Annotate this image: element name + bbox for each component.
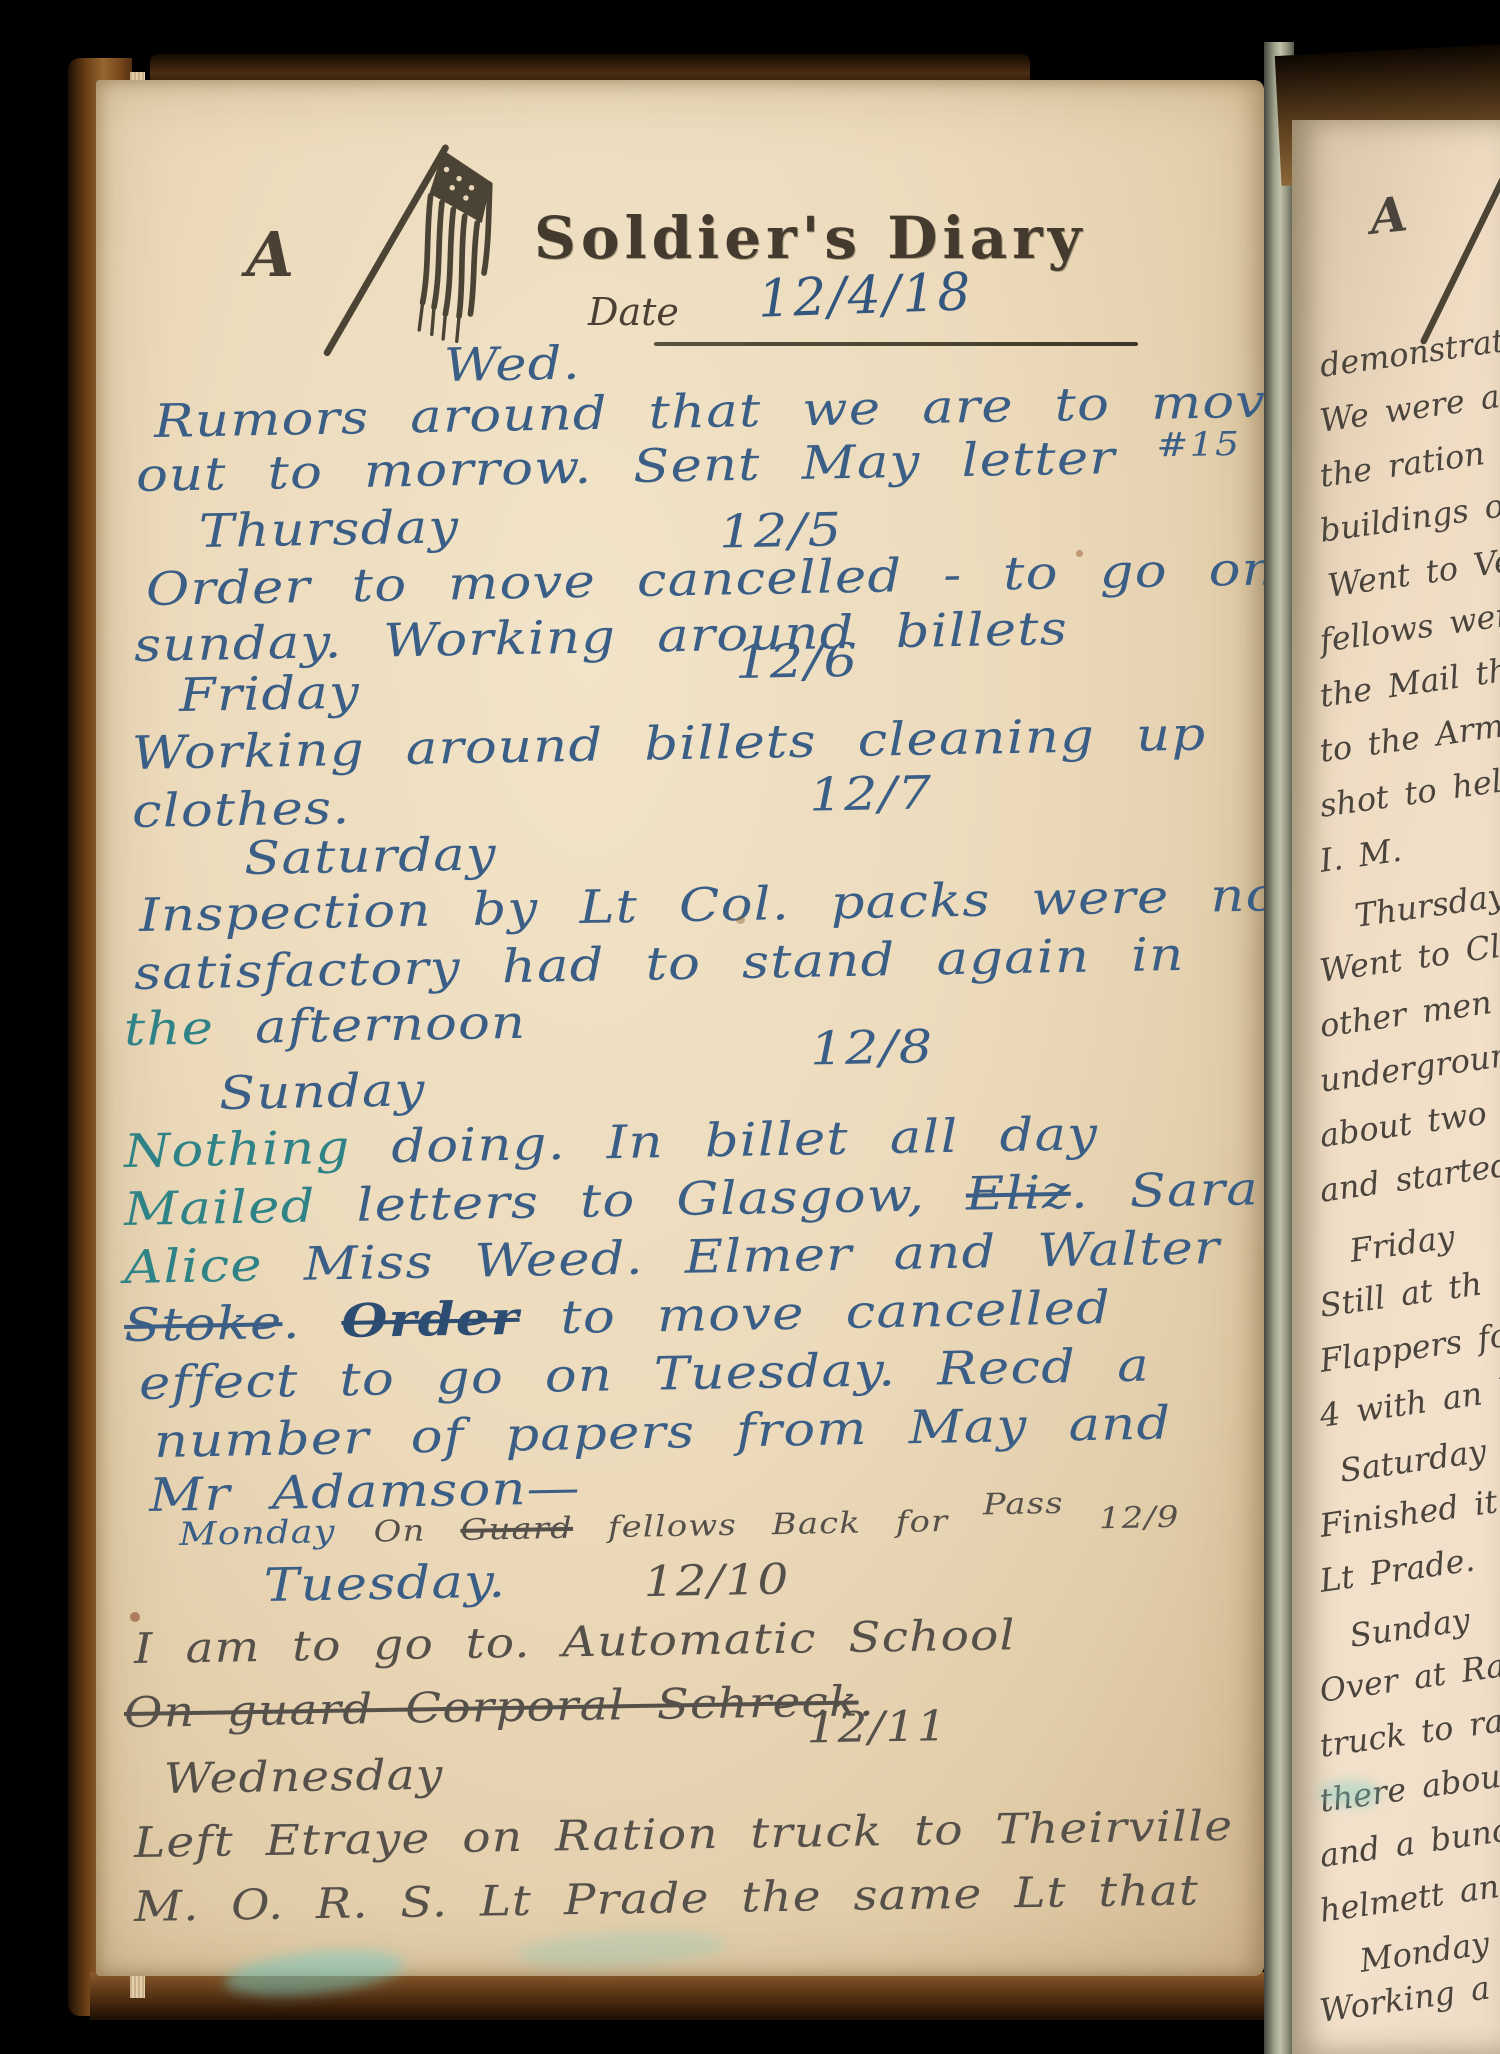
diary-line: fellows went bbox=[1318, 596, 1500, 657]
diary-line: and started bbox=[1318, 1148, 1500, 1206]
diary-line: number of papers from May and bbox=[153, 1399, 1171, 1464]
diary-line: about two bbox=[1318, 1097, 1489, 1152]
diary-line: buildings of a bbox=[1318, 483, 1500, 547]
photo-background: { "header": { "prefix": "A", "title": "S… bbox=[0, 0, 1500, 2054]
diary-line: I. M. bbox=[1318, 834, 1404, 877]
diary-line: clothes.12/7 bbox=[131, 784, 350, 834]
diary-line: Mr Adamson— bbox=[148, 1464, 581, 1518]
diary-line: Friday bbox=[1348, 1220, 1457, 1266]
diary-line: Over at Rat bbox=[1318, 1647, 1500, 1706]
page-gutter bbox=[1264, 42, 1294, 2054]
diary-line: Went to Ver bbox=[1326, 542, 1500, 602]
diary-line: Monday bbox=[1358, 1927, 1491, 1977]
diary-line: the ration bbox=[1318, 437, 1487, 492]
diary-line: Working a bbox=[1318, 1971, 1492, 2027]
diary-line: Stoke. Order to move cancelled bbox=[123, 1284, 1111, 1348]
diary-line: Saturday bbox=[1338, 1435, 1488, 1487]
diary-line: satisfactory had to stand again in bbox=[133, 931, 1184, 996]
diary-line: the afternoon12/8 bbox=[123, 999, 526, 1052]
diary-line: 4 with an l bbox=[1318, 1374, 1500, 1432]
diary-line: underground bbox=[1318, 1036, 1500, 1097]
diary-line: Thursday12/5 bbox=[198, 503, 459, 554]
diary-line: Working around billets cleaning up bbox=[131, 710, 1206, 776]
diary-line: Friday bbox=[178, 669, 360, 718]
paper-stain bbox=[130, 1612, 140, 1622]
diary-line: Left Etraye on Ration truck to Theirvill… bbox=[134, 1805, 1234, 1864]
diary-line: demonstrated bbox=[1318, 319, 1500, 382]
right-page: A demonstratedWe were athe rationbuildin… bbox=[1292, 120, 1500, 2054]
diary-line: sunday. Working around billets12/6 bbox=[133, 605, 1068, 668]
diary-line: other men e bbox=[1318, 981, 1500, 1042]
diary-entries: Wed.Rumors around that we are to moveout… bbox=[124, 80, 1264, 1976]
diary-line: Flappers for bbox=[1318, 1317, 1500, 1377]
diary-line: We were a bbox=[1318, 380, 1500, 437]
diary-line: On guard Corporal Schreck.12/11 bbox=[124, 1680, 875, 1734]
diary-line: shot to hell bbox=[1318, 763, 1500, 822]
diary-line: Sunday bbox=[218, 1066, 426, 1116]
diary-line: Thursday bbox=[1353, 879, 1500, 932]
diary-line: and a bunch bbox=[1318, 1811, 1500, 1872]
diary-line: I am to go to. Automatic School bbox=[134, 1614, 1016, 1670]
diary-line: Saturday bbox=[243, 830, 497, 881]
left-page: A Soldier's bbox=[96, 80, 1264, 1976]
diary-line: Wednesday bbox=[164, 1754, 444, 1800]
diary-line: the Mail th bbox=[1318, 654, 1500, 712]
diary-line: truck to ra bbox=[1318, 1704, 1500, 1761]
paper-stain bbox=[736, 916, 745, 924]
diary-line: Sunday bbox=[1348, 1603, 1472, 1651]
diary-line: Lt Prade. bbox=[1318, 1543, 1477, 1596]
diary-line: Nothing doing. In billet all day bbox=[123, 1110, 1098, 1174]
diary-line: Still at th bbox=[1318, 1267, 1484, 1321]
diary-line: helmett and bbox=[1318, 1867, 1500, 1927]
diary-entries-right: demonstratedWe were athe rationbuildings… bbox=[1320, 120, 1500, 2054]
diary-book: A Soldier's bbox=[0, 0, 1500, 2054]
diary-line: Went to Cle bbox=[1318, 927, 1500, 987]
diary-line: Finished it bbox=[1318, 1485, 1500, 1542]
paper-stain bbox=[1076, 550, 1083, 557]
ink-smudge bbox=[1318, 1780, 1382, 1808]
diary-line: Wed. bbox=[443, 340, 581, 388]
diary-line: Tuesday.12/10 bbox=[263, 1558, 506, 1608]
diary-line: M. O. R. S. Lt Prade the same Lt that bbox=[134, 1869, 1200, 1928]
diary-line: to the Army bbox=[1318, 707, 1500, 767]
diary-line: effect to go on Tuesday. Recd a bbox=[138, 1342, 1150, 1406]
